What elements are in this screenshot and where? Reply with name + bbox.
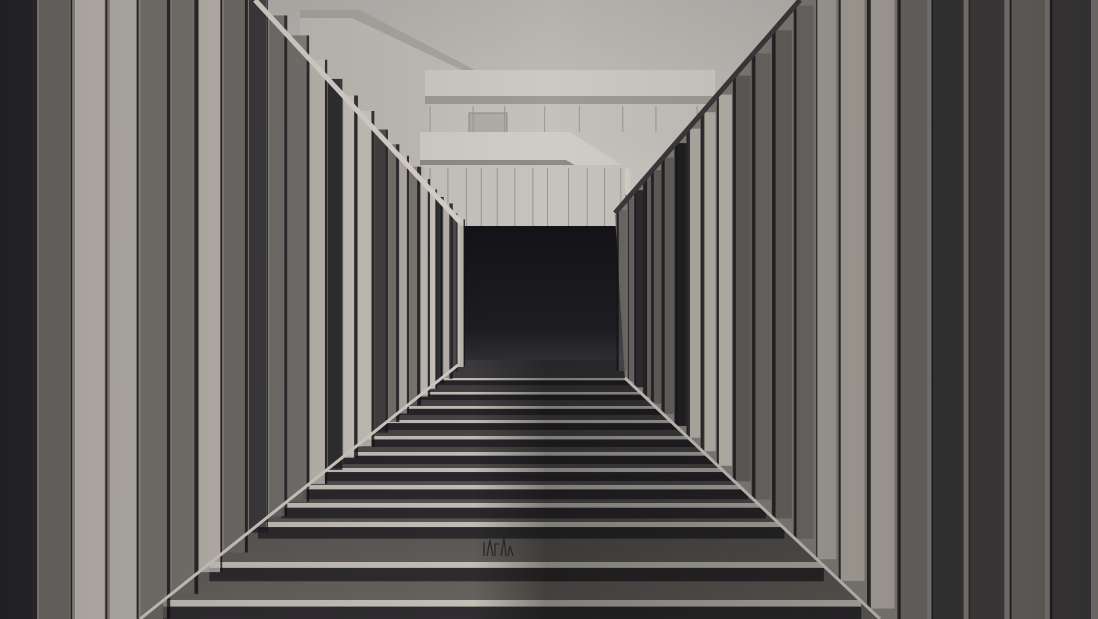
charcoal-stairway-drawing <box>0 0 1098 619</box>
drawing-canvas <box>0 0 1098 619</box>
